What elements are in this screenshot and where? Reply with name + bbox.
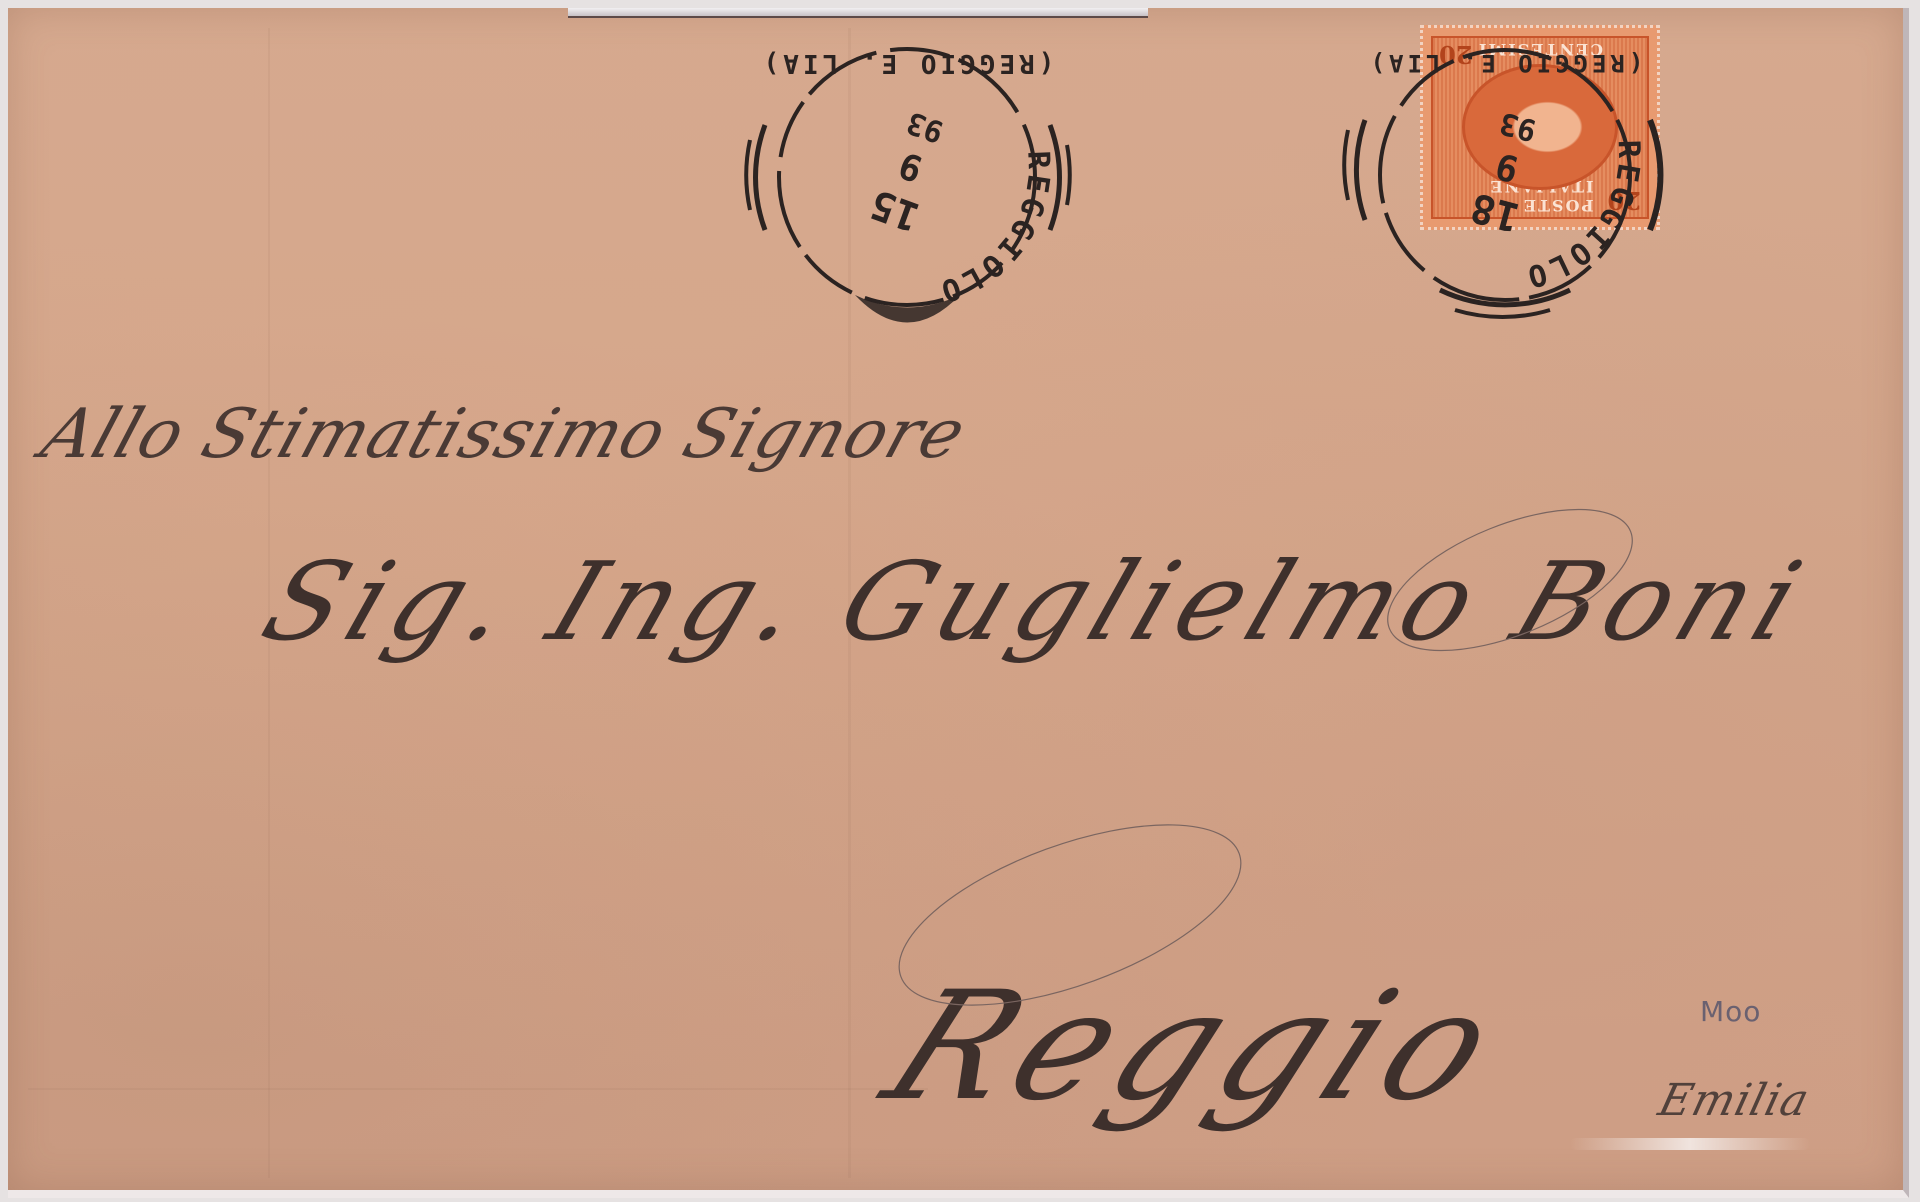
scan-glare <box>1570 1138 1810 1150</box>
address-recipient: Sig. Ing. Guglielmo Boni <box>247 540 1824 665</box>
postmark-left-month: 9 <box>894 143 928 189</box>
address-region: Emilia <box>1654 1075 1815 1126</box>
address-city: Reggio <box>861 960 1531 1134</box>
scan-background: REGGIOLO (REGGIO E. LIA) 15 9 93 POSTE I… <box>0 0 1920 1202</box>
postmark-right-year: 93 <box>1496 105 1540 148</box>
postmark-left-day: 15 <box>865 180 926 240</box>
postmark-left-year: 93 <box>902 104 948 149</box>
postmark-left: REGGIOLO (REGGIO E. LIA) 15 9 93 <box>735 5 1080 350</box>
postmark-right-province: (REGGIO E. LIA) <box>1367 49 1644 77</box>
postmark-right-month: 9 <box>1491 144 1523 189</box>
postmark-right: REGGIOLO (REGGIO E. LIA) 18 9 93 <box>1330 10 1675 340</box>
address-salutation: Allo Stimatissimo Signore <box>32 395 976 474</box>
postmark-left-province: (REGGIO E. LIA) <box>760 48 1055 78</box>
fold-crease <box>28 1088 928 1090</box>
postmark-left-town: REGGIOLO <box>933 150 1056 309</box>
postmark-right-day: 18 <box>1466 183 1524 240</box>
postmark-right-town: REGGIOLO <box>1520 139 1646 294</box>
pencil-annotation: Moo <box>1700 995 1761 1028</box>
